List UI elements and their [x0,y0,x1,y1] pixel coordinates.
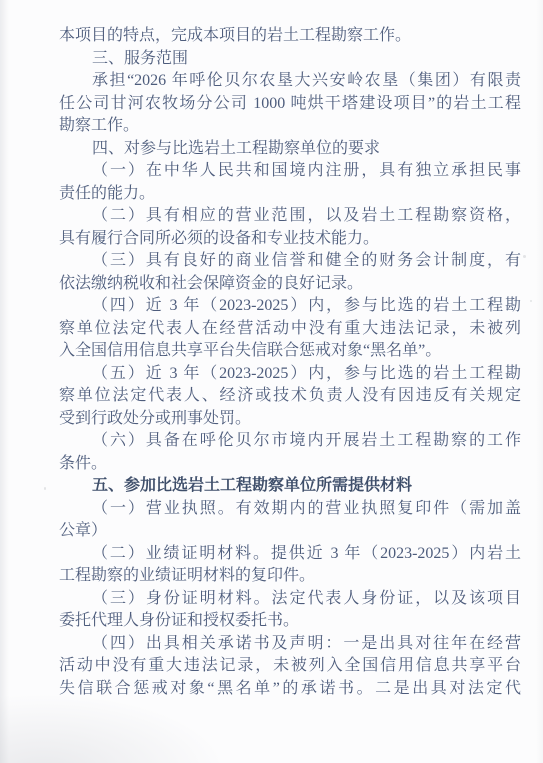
text-line: 察单位法定代表人在经营活动中没有重大违法记录，未被列 [59,318,521,341]
text-line: 察单位法定代表人、经济或技术负责人没有因违反有关规定 [59,385,521,408]
text-line: 受到行政处分或刑事处罚。 [59,408,521,431]
scanned-document-page: 本项目的特点，完成本项目的岩土工程勘察工作。三、服务范围承担“2026 年呼伦贝… [0,0,543,763]
document-text-block: 本项目的特点，完成本项目的岩土工程勘察工作。三、服务范围承担“2026 年呼伦贝… [59,25,521,700]
text-line: 委托代理人身份证和授权委托书。 [59,610,521,633]
text-line: （一）营业执照。有效期内的营业执照复印件（需加盖 [59,498,521,521]
text-line: 活动中没有重大违法记录，未被列入全国信用信息共享平台 [59,655,521,678]
text-line: （五）近 3 年（2023-2025）内，参与比选的岩土工程勘 [59,363,521,386]
text-line: （六）具备在呼伦贝尔市境内开展岩土工程勘察的工作 [59,430,521,453]
text-line: 四、对参与比选岩土工程勘察单位的要求 [59,138,521,161]
text-line: （四）出具相关承诺书及声明：一是出具对往年在经营 [59,633,521,656]
scan-speckle [523,255,526,258]
text-line: （三）具有良好的商业信誉和健全的财务会计制度，有 [59,250,521,273]
text-line: 具有履行合同所必须的设备和专业技术能力。 [59,228,521,251]
text-line: （一）在中华人民共和国境内注册，具有独立承担民事 [59,160,521,183]
text-line: 任公司甘河农牧场分公司 1000 吨烘干塔建设项目”的岩土工程 [59,93,521,116]
text-line: （二）业绩证明材料。提供近 3 年（2023-2025）内岩土 [59,543,521,566]
text-line: 三、服务范围 [59,48,521,71]
text-line: 工程勘察的业绩证明材料的复印件。 [59,565,521,588]
text-line: 责任的能力。 [59,183,521,206]
section-heading-line: 五、参加比选岩土工程勘察单位所需提供材料 [59,475,521,498]
text-line: 条件。 [59,453,521,476]
text-line: 入全国信用信息共享平台失信联合惩戒对象“黑名单”。 [59,340,521,363]
scan-speckle [530,300,532,302]
text-line: （二）具有相应的营业范围，以及岩土工程勘察资格， [59,205,521,228]
text-line: 依法缴纳税收和社会保障资金的良好记录。 [59,273,521,296]
text-line: （四）近 3 年（2023-2025）内，参与比选的岩土工程勘 [59,295,521,318]
text-line: 公章） [59,520,521,543]
text-line: 本项目的特点，完成本项目的岩土工程勘察工作。 [59,25,521,48]
text-line: （三）身份证明材料。法定代表人身份证，以及该项目 [59,588,521,611]
text-line: 失信联合惩戒对象“黑名单”的承诺书。二是出具对法定代 [59,678,521,701]
text-line: 承担“2026 年呼伦贝尔农垦大兴安岭农垦（集团）有限责 [59,70,521,93]
scan-speckle [44,487,46,490]
text-line: 勘察工作。 [59,115,521,138]
